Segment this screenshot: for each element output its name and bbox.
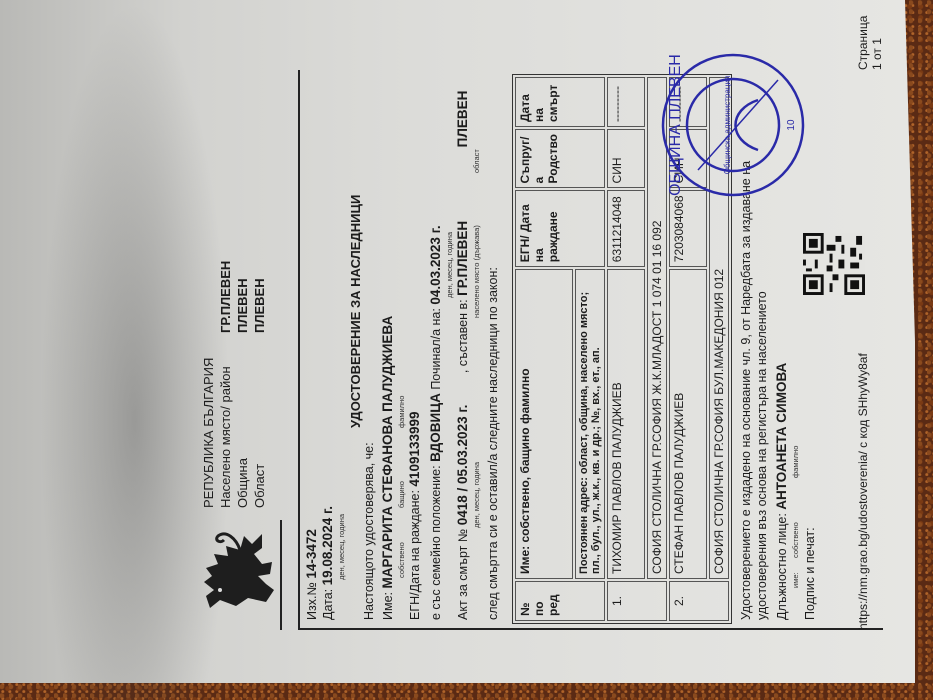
- issuer-row-region: Област ПЛЕВЕН: [251, 261, 268, 508]
- header-relation: Съпруг/а Родство: [515, 129, 605, 188]
- heirs-certificate: РЕПУБЛИКА БЪЛГАРИЯ Населено място/ район…: [188, 30, 888, 630]
- coat-of-arms-lion-icon: [196, 525, 278, 620]
- issue-date: Дата: 19.08.2024 г.: [320, 506, 335, 620]
- svg-text:ОБЩИНА ПЛЕВЕН: ОБЩИНА ПЛЕВЕН: [667, 54, 684, 196]
- heir-relation: СИН: [607, 129, 645, 188]
- header-address: Постоянен адрес: област, община, населен…: [575, 269, 605, 579]
- svg-text:10: 10: [786, 119, 797, 131]
- deceased-name: Име: МАРГАРИТА СТЕФАНОВА ПАЛУДЖИЕВА: [380, 316, 395, 620]
- issuer-row-settlement: Населено място/ район ГР.ПЛЕВЕН: [217, 261, 234, 508]
- name-hint-first: собствено: [397, 542, 406, 578]
- issuer-block: РЕПУБЛИКА БЪЛГАРИЯ Населено място/ район…: [200, 261, 268, 508]
- region-hint: област: [472, 149, 481, 173]
- signature-label: Подпис и печат:: [803, 527, 817, 620]
- header-name: Име: собствено, бащино фамилно: [515, 269, 573, 579]
- official-line: Длъжностно лице: АНТОАНЕТА СИМОВА: [774, 363, 789, 620]
- heir-egn: 6311214048: [607, 190, 645, 267]
- death-act-line: Акт за смърт № 0418 / 05.03.2023 г. , съ…: [455, 91, 470, 620]
- heir-name: СТЕФАН ПАВЛОВ ПАЛУДЖИЕВ: [669, 269, 707, 579]
- svg-text:Общинска администрация: Общинска администрация: [723, 76, 732, 175]
- place-hint: населено място (държава): [472, 225, 481, 318]
- document-title: УДОСТОВЕРЕНИЕ ЗА НАСЛЕДНИЦИ: [348, 195, 363, 428]
- death-date-hint: ден, месец, година: [445, 232, 454, 298]
- outgoing-number: Изх.№ 14-3472: [304, 529, 319, 620]
- header-death-date: Дата на смърт: [515, 77, 605, 127]
- page-number: Страница 1 от 1: [856, 16, 884, 70]
- table-row: 1. ТИХОМИР ПАВЛОВ ПАЛУДЖИЕВ 6311214048 С…: [607, 77, 645, 621]
- header-divider: [280, 520, 282, 630]
- deceased-egn: ЕГН/Дата на раждане: 4109133999: [407, 411, 422, 620]
- name-hint-father: бащино: [397, 481, 406, 508]
- heir-egn: 7203084068: [669, 190, 707, 267]
- table-header-row: № по ред Име: собствено, бащино фамилно …: [515, 77, 573, 621]
- certifies-text: Настоящото удостоверява, че:: [362, 442, 376, 620]
- marital-death-line: е със семейно положение: ВДОВИЦА Починал…: [428, 225, 443, 620]
- issuer-row-municipality: Община ПЛЕВЕН: [234, 261, 251, 508]
- heir-name: ТИХОМИР ПАВЛОВ ПАЛУДЖИЕВ: [607, 269, 645, 579]
- name-hint-family: фамилно: [397, 396, 406, 428]
- heirs-intro: след смъртта си е оставил/а следните нас…: [486, 267, 500, 620]
- country-name: РЕПУБЛИКА БЪЛГАРИЯ: [200, 261, 217, 508]
- verification-url[interactable]: https://nm.grao.bg/udostoverenia/ с код …: [856, 353, 870, 630]
- header-egn: ЕГН/ Дата на раждане: [515, 190, 605, 267]
- official-stamp-icon: ОБЩИНА ПЛЕВЕН Общинска администрация 10: [658, 50, 808, 200]
- document-header: РЕПУБЛИКА БЪЛГАРИЯ Населено място/ район…: [188, 30, 298, 630]
- heir-death-date: ---------: [607, 77, 645, 127]
- header-no: № по ред: [515, 581, 605, 621]
- issue-date-hint: ден, месец, година: [337, 514, 346, 580]
- qr-code-icon: [803, 233, 865, 295]
- act-date-hint: ден, месец, година: [472, 462, 481, 528]
